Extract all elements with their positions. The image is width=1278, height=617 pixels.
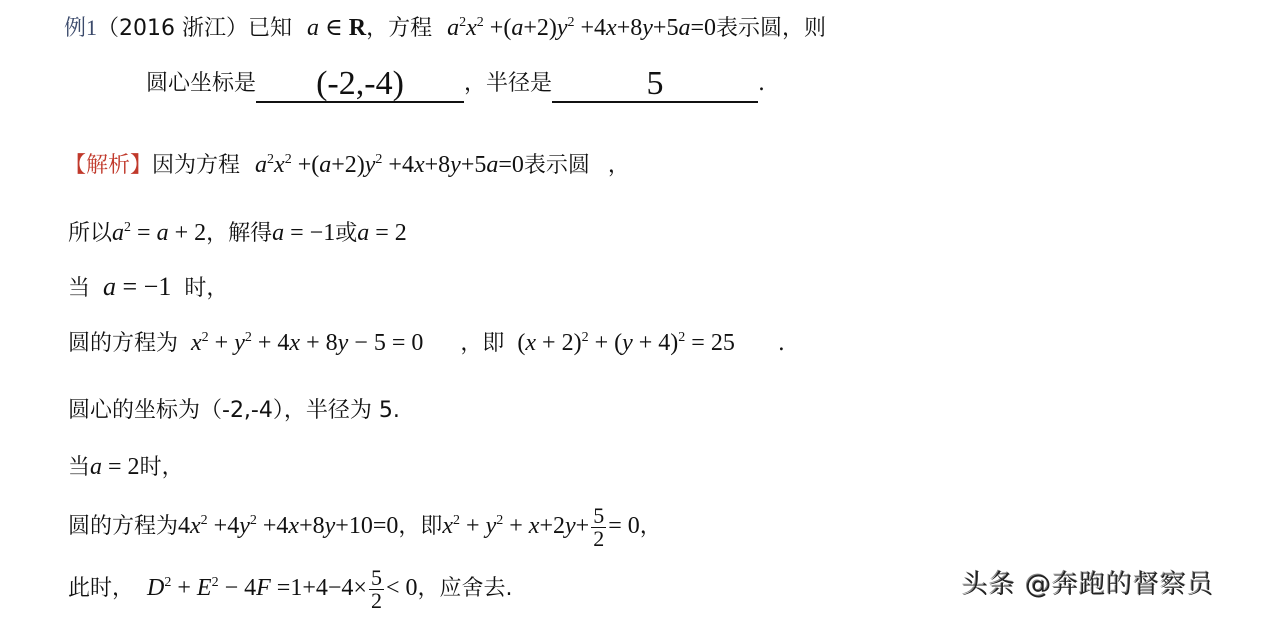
- analysis-tag: 【解析】: [64, 153, 152, 178]
- example-source: （2016 浙江）已知: [97, 16, 292, 41]
- separator-text: ，方程: [366, 16, 432, 41]
- case1-eq-mid: ，即: [460, 331, 504, 356]
- radius-answer-blank: 5: [552, 67, 758, 103]
- problem-tail: 表示圆，则: [716, 16, 826, 41]
- analysis-intro-text: 因为方程: [152, 153, 240, 178]
- analysis-intro-tail: 表示圆: [524, 153, 590, 178]
- period: .: [758, 71, 765, 96]
- case2-eq-mid: ，即: [398, 514, 442, 539]
- comma: ，: [640, 514, 662, 539]
- case2-condition: 当a = 2时，: [68, 452, 184, 483]
- example-line-2: 圆心坐标是(-2,-4)，半径是5.: [146, 62, 765, 106]
- case2-cond: a = 2: [90, 454, 140, 480]
- step1-solution-1: a = −1: [272, 220, 335, 246]
- case2-equation: 圆的方程为4x2 +4y2 +4x+8y+10=0，即x2 + y2 + x+2…: [68, 498, 662, 555]
- case2-general-eq: 4x2 +4y2 +4x+8y+10=0: [178, 513, 398, 539]
- case1-condition: 当 a = −1 时，: [68, 272, 228, 304]
- case2-std-right: = 0: [608, 513, 640, 539]
- case2-check-right: < 0: [386, 575, 418, 601]
- step-solve-a: 所以a2 = a + 2，解得a = −1或a = 2: [68, 218, 407, 249]
- analysis-intro: 【解析】因为方程 a2x2 +(a+2)y2 +4x+8y+5a=0表示圆，: [64, 150, 630, 181]
- step1-prefix: 所以: [68, 221, 112, 246]
- case2-prefix: 当: [68, 455, 90, 480]
- case2-check-prefix: 此时，: [68, 576, 134, 601]
- period: .: [778, 331, 785, 356]
- case1-eq-prefix: 圆的方程为: [68, 331, 178, 356]
- step1-or: 或: [335, 221, 357, 246]
- case1-general-eq: x2 + y2 + 4x + 8y − 5 = 0: [191, 330, 423, 356]
- watermark: 头条 @奔跑的督察员: [962, 564, 1214, 601]
- case2-fraction: 52: [591, 505, 606, 550]
- case2-discriminant: D2 + E2 − 4F =1+4−4×: [147, 575, 367, 601]
- case1-suffix: 时，: [184, 276, 228, 301]
- analysis-equation: a2x2 +(a+2)y2 +4x+8y+5a=0: [255, 152, 524, 178]
- case2-check-fraction: 52: [369, 567, 384, 612]
- given-condition: a ∈ R: [307, 15, 366, 41]
- example-label: 例1: [64, 16, 97, 41]
- case1-prefix: 当: [68, 276, 90, 301]
- comma: ，: [608, 153, 630, 178]
- case2-eq-prefix: 圆的方程为: [68, 514, 178, 539]
- center-prompt: 圆心坐标是: [146, 71, 256, 96]
- step1-equation: a2 = a + 2: [112, 220, 206, 246]
- case2-suffix: 时，: [140, 455, 184, 480]
- example-line-1: 例1（2016 浙江）已知 a ∈ R，方程 a2x2 +(a+2)y2 +4x…: [64, 12, 826, 44]
- step1-solution-2: a = 2: [357, 220, 407, 246]
- radius-prompt: ，半径是: [464, 71, 552, 96]
- center-answer-blank: (-2,-4): [256, 67, 464, 103]
- case1-result: 圆心的坐标为（-2,-4），半径为 5.: [68, 396, 400, 426]
- case2-standard-eq: x2 + y2 + x+2y+: [442, 513, 589, 539]
- case1-equation: 圆的方程为 x2 + y2 + 4x + 8y − 5 = 0 ，即 (x + …: [68, 328, 785, 359]
- case2-check: 此时， D2 + E2 − 4F =1+4−4×52< 0，应舍去.: [68, 560, 512, 617]
- case1-cond: a = −1: [103, 272, 171, 301]
- step1-mid: ，解得: [206, 221, 272, 246]
- problem-equation: a2x2 +(a+2)y2 +4x+8y+5a=0: [447, 15, 716, 41]
- case1-standard-eq: (x + 2)2 + (y + 4)2 = 25: [517, 330, 734, 356]
- case2-check-end: ，应舍去.: [417, 576, 512, 601]
- case1-result-text: 圆心的坐标为（-2,-4），半径为 5.: [68, 398, 400, 423]
